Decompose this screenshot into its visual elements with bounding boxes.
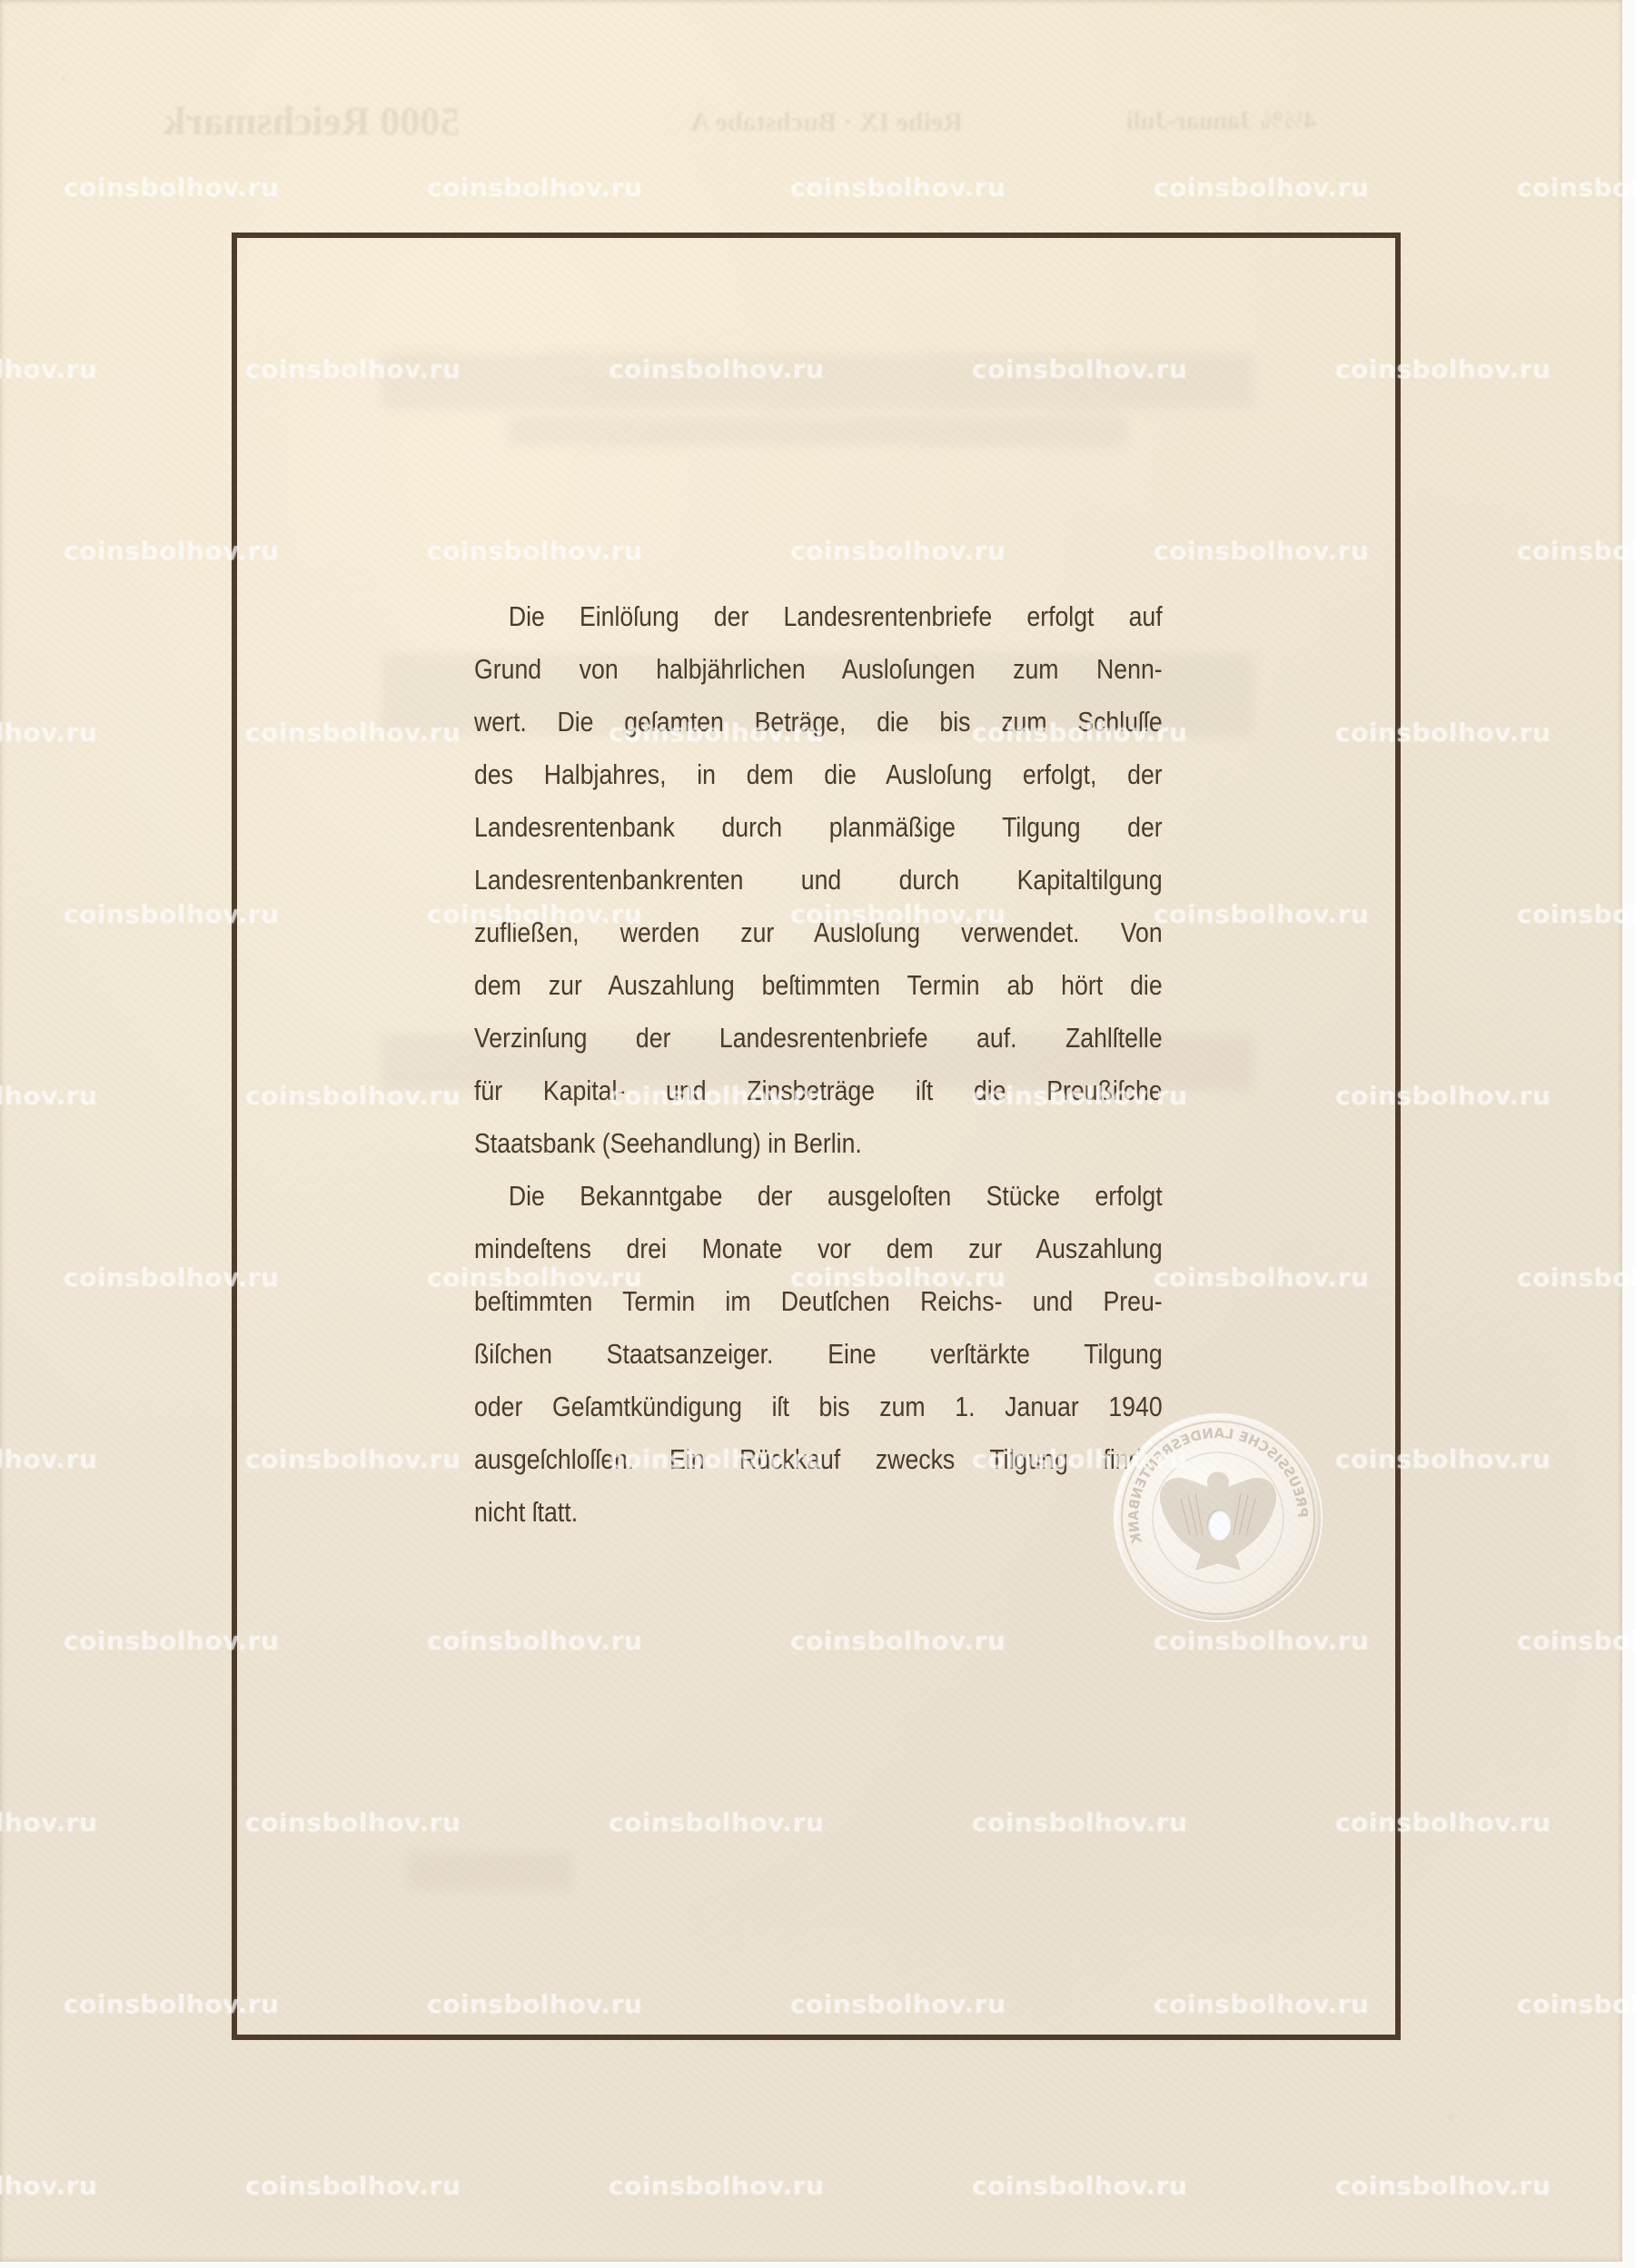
- watermark-text: coinsbolhov.ru: [1154, 1263, 1369, 1292]
- punch-hole: [1207, 1510, 1231, 1540]
- watermark-text: coinsbolhov.ru: [1517, 1263, 1635, 1292]
- watermark-text: coinsbolhov.ru: [0, 718, 97, 748]
- watermark-text: coinsbolhov.ru: [64, 1626, 279, 1656]
- watermark-text: coinsbolhov.ru: [64, 173, 279, 203]
- watermark-text: coinsbolhov.ru: [245, 1081, 461, 1111]
- watermark-text: coinsbolhov.ru: [1335, 718, 1551, 748]
- text-line: oder Geſamtkündigung iſt bis zum 1. Janu…: [474, 1381, 1163, 1433]
- watermark-text: coinsbolhov.ru: [0, 1081, 97, 1111]
- watermark-text: coinsbolhov.ru: [1154, 536, 1369, 566]
- watermark-text: coinsbolhov.ru: [609, 354, 824, 384]
- paragraph-announcement: Die Bekanntgabe der ausgeloſten Stücke e…: [474, 1170, 1163, 1539]
- watermark-text: coinsbolhov.ru: [1335, 1081, 1551, 1111]
- text-line: ßiſchen Staatsanzeiger. Eine verſtärkte …: [474, 1328, 1163, 1381]
- watermark-text: coinsbolhov.ru: [1335, 1807, 1551, 1837]
- watermark-text: coinsbolhov.ru: [245, 2171, 461, 2201]
- paper-speck: [1449, 2114, 1453, 2119]
- watermark-text: coinsbolhov.ru: [245, 718, 461, 748]
- watermark-text: coinsbolhov.ru: [0, 1807, 97, 1837]
- watermark-text: coinsbolhov.ru: [609, 1807, 824, 1837]
- watermark-text: coinsbolhov.ru: [609, 1081, 824, 1111]
- watermark-text: coinsbolhov.ru: [1335, 1444, 1551, 1474]
- text-line: Verzinſung der Landesrentenbriefe auf. Z…: [474, 1012, 1163, 1065]
- paper-speck: [62, 76, 65, 80]
- watermark-text: coinsbolhov.ru: [427, 1626, 642, 1656]
- watermark-text: coinsbolhov.ru: [427, 1263, 642, 1292]
- watermark-text: coinsbolhov.ru: [972, 718, 1187, 748]
- watermark-text: coinsbolhov.ru: [1517, 1626, 1635, 1656]
- watermark-text: coinsbolhov.ru: [64, 899, 279, 929]
- watermark-text: coinsbolhov.ru: [427, 173, 642, 203]
- watermark-text: coinsbolhov.ru: [972, 2171, 1187, 2201]
- watermark-text: coinsbolhov.ru: [790, 173, 1006, 203]
- text-line: Landesrentenbank durch planmäßige Tilgun…: [474, 801, 1163, 854]
- watermark-text: coinsbolhov.ru: [790, 1626, 1006, 1656]
- bleed-through-coupon: 4½% Januar-Juli: [1126, 107, 1316, 136]
- text-line: Staatsbank (Seehandlung) in Berlin.: [474, 1117, 1163, 1170]
- watermark-text: coinsbolhov.ru: [790, 1263, 1006, 1292]
- watermark-text: coinsbolhov.ru: [972, 354, 1187, 384]
- text-line: des Halbjahres, in dem die Ausloſung erf…: [474, 748, 1163, 801]
- watermark-text: coinsbolhov.ru: [972, 1444, 1187, 1474]
- document-sheet: 5000 Reichsmark Reihe IX · Buchstabe A 4…: [0, 0, 1622, 2262]
- watermark-text: coinsbolhov.ru: [972, 1081, 1187, 1111]
- text-line: Grund von halbjährlichen Ausloſungen zum…: [474, 643, 1163, 696]
- watermark-text: coinsbolhov.ru: [790, 899, 1006, 929]
- watermark-text: coinsbolhov.ru: [245, 354, 461, 384]
- text-line: dem zur Auszahlung beſtimmten Termin ab …: [474, 959, 1163, 1012]
- watermark-text: coinsbolhov.ru: [609, 1444, 824, 1474]
- watermark-text: coinsbolhov.ru: [427, 1989, 642, 2019]
- watermark-text: coinsbolhov.ru: [1154, 899, 1369, 929]
- watermark-text: coinsbolhov.ru: [64, 536, 279, 566]
- watermark-text: coinsbolhov.ru: [1154, 1989, 1369, 2019]
- watermark-text: coinsbolhov.ru: [245, 1807, 461, 1837]
- watermark-text: coinsbolhov.ru: [1517, 899, 1635, 929]
- watermark-text: coinsbolhov.ru: [64, 1989, 279, 2019]
- text-line: Die Einlöſung der Landesrentenbriefe erf…: [474, 590, 1163, 643]
- watermark-text: coinsbolhov.ru: [1335, 2171, 1551, 2201]
- watermark-text: coinsbolhov.ru: [1154, 1626, 1369, 1656]
- watermark-text: coinsbolhov.ru: [609, 2171, 824, 2201]
- watermark-text: coinsbolhov.ru: [0, 1444, 97, 1474]
- watermark-text: coinsbolhov.ru: [972, 1807, 1187, 1837]
- bleed-through-series: Reihe IX · Buchstabe A: [690, 107, 963, 138]
- watermark-text: coinsbolhov.ru: [609, 718, 824, 748]
- watermark-text: coinsbolhov.ru: [0, 2171, 97, 2201]
- watermark-text: coinsbolhov.ru: [790, 1989, 1006, 2019]
- watermark-text: coinsbolhov.ru: [245, 1444, 461, 1474]
- watermark-text: coinsbolhov.ru: [1517, 1989, 1635, 2019]
- watermark-text: coinsbolhov.ru: [790, 536, 1006, 566]
- watermark-text: coinsbolhov.ru: [427, 536, 642, 566]
- watermark-text: coinsbolhov.ru: [1517, 536, 1635, 566]
- watermark-text: coinsbolhov.ru: [64, 1263, 279, 1292]
- text-line: Die Bekanntgabe der ausgeloſten Stücke e…: [474, 1170, 1163, 1223]
- watermark-text: coinsbolhov.ru: [427, 899, 642, 929]
- watermark-text: coinsbolhov.ru: [1517, 173, 1635, 203]
- bleed-through-denomination: 5000 Reichsmark: [163, 98, 460, 144]
- watermark-text: coinsbolhov.ru: [0, 354, 97, 384]
- watermark-text: coinsbolhov.ru: [1154, 173, 1369, 203]
- watermark-text: coinsbolhov.ru: [1335, 354, 1551, 384]
- text-line: nicht ſtatt.: [474, 1486, 1163, 1539]
